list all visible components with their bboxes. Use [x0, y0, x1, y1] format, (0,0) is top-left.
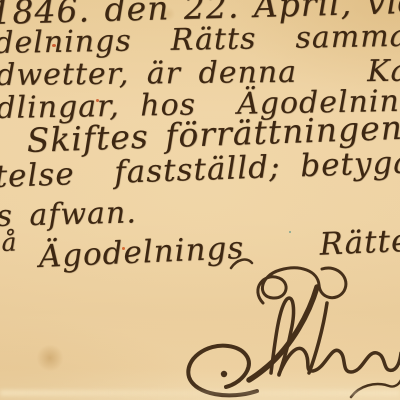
signature-dot: [221, 371, 227, 377]
signature-stem: [249, 287, 317, 380]
signature-loop: [188, 346, 257, 396]
manuscript-line: s afwan.: [0, 195, 137, 234]
manuscript-page: 1846. den 22. April, vid Äg delnings Rät…: [0, 0, 400, 400]
manuscript-line-fragment: å: [1, 227, 18, 257]
signature-flourish-top: [258, 268, 346, 303]
signature-ascender: [309, 303, 327, 373]
signature-ascender: [271, 298, 294, 375]
signature-letters: [279, 348, 400, 374]
pen-flourish-bottom-right: [351, 380, 400, 397]
